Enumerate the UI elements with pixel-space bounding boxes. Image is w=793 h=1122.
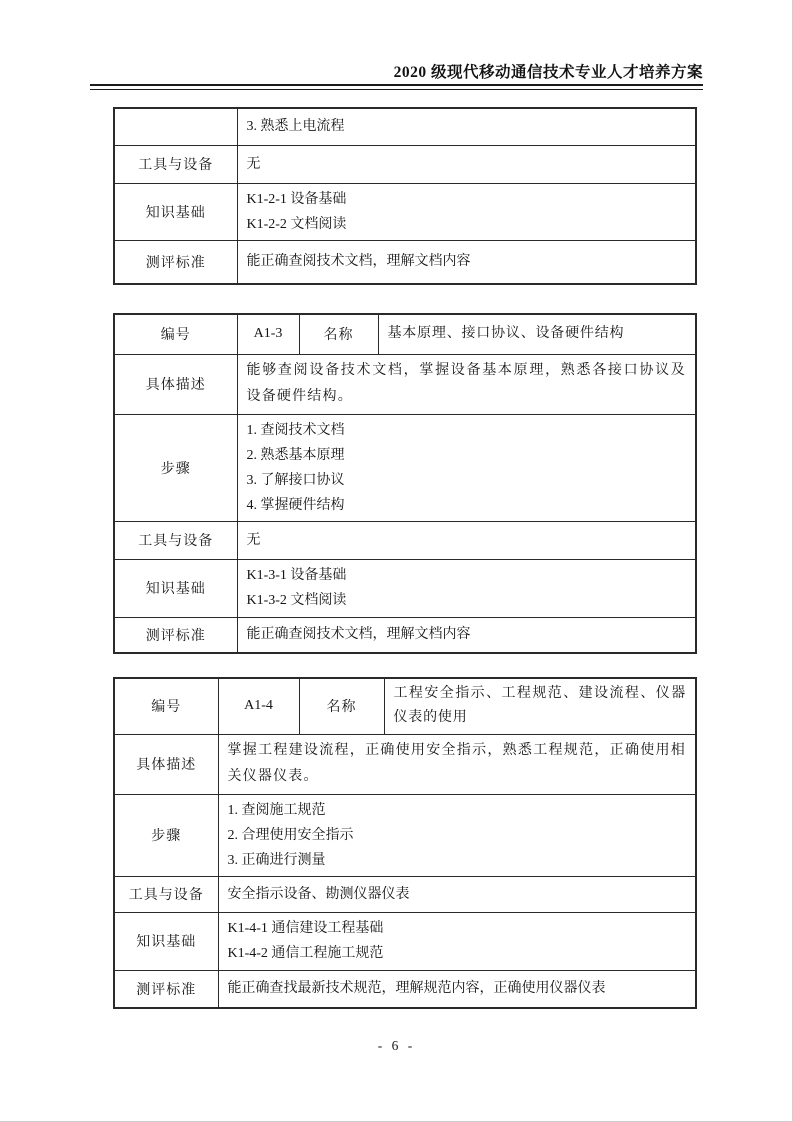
content-line: 1. 查阅施工规范 [228,798,687,823]
field-value-name: 基本原理、接口协议、设备硬件结构 [378,314,696,354]
table-row: 步骤 1. 查阅技术文档 2. 熟悉基本原理 3. 了解接口协议 4. 掌握硬件… [114,414,696,521]
content-paragraph: 能够查阅设备技术文档，掌握设备基本原理，熟悉各接口协议及设备硬件结构。 [247,358,687,410]
row-label-cell: 工具与设备 [114,145,237,183]
field-label-no: 编号 [114,314,237,354]
row-label-cell: 测评标准 [114,970,218,1008]
page-footer-number: - 6 - [0,1038,793,1054]
table-row: 具体描述 能够查阅设备技术文档，掌握设备基本原理，熟悉各接口协议及设备硬件结构。 [114,354,696,414]
content-line: K1-2-2 文档阅读 [247,212,687,237]
row-content-cell: 能正确查阅技术文档，理解文档内容 [237,240,696,284]
task-name-text: 基本原理、接口协议、设备硬件结构 [388,322,687,346]
table-header-row: 编号 A1-3 名称 基本原理、接口协议、设备硬件结构 [114,314,696,354]
task-table-a1-2-continued: 3. 熟悉上电流程 工具与设备 无 知识基础 K1-2-1 设备基础 K1-2-… [113,107,697,285]
table-row: 测评标准 能正确查阅技术文档，理解文档内容 [114,617,696,653]
row-label-cell: 工具与设备 [114,521,237,559]
content-line: 3. 熟悉上电流程 [247,114,687,139]
row-label-cell: 工具与设备 [114,876,218,912]
row-label-cell: 知识基础 [114,912,218,970]
field-value-no: A1-4 [218,678,299,734]
document-page: 2020 级现代移动通信技术专业人才培养方案 3. 熟悉上电流程 工具与设备 无… [0,0,793,1122]
row-content-cell: 无 [237,145,696,183]
row-label-cell: 测评标准 [114,617,237,653]
table-row: 测评标准 能正确查找最新技术规范，理解规范内容，正确使用仪器仪表 [114,970,696,1008]
row-label-cell: 步骤 [114,414,237,521]
row-content-cell: 3. 熟悉上电流程 [237,108,696,145]
row-content-cell: K1-4-1 通信建设工程基础 K1-4-2 通信工程施工规范 [218,912,696,970]
row-content-cell: 1. 查阅技术文档 2. 熟悉基本原理 3. 了解接口协议 4. 掌握硬件结构 [237,414,696,521]
row-label-cell: 测评标准 [114,240,237,284]
row-content-cell: K1-2-1 设备基础 K1-2-2 文档阅读 [237,183,696,240]
content-line: 能正确查阅技术文档，理解文档内容 [247,622,687,647]
content-line: 能正确查找最新技术规范，理解规范内容，正确使用仪器仪表 [228,976,687,1001]
row-content-cell: 能正确查阅技术文档，理解文档内容 [237,617,696,653]
field-label-name: 名称 [299,678,384,734]
content-paragraph: 掌握工程建设流程，正确使用安全指示，熟悉工程规范，正确使用相关仪器仪表。 [228,738,687,790]
content-line: K1-4-2 通信工程施工规范 [228,941,687,966]
header-double-rule [90,84,703,90]
task-table-a1-3: 编号 A1-3 名称 基本原理、接口协议、设备硬件结构 具体描述 能够查阅设备技… [113,313,697,654]
content-line: 无 [247,152,687,177]
row-label-cell: 具体描述 [114,354,237,414]
row-label-cell: 知识基础 [114,559,237,617]
row-content-cell: 掌握工程建设流程，正确使用安全指示，熟悉工程规范，正确使用相关仪器仪表。 [218,734,696,794]
table-row: 测评标准 能正确查阅技术文档，理解文档内容 [114,240,696,284]
row-content-cell: K1-3-1 设备基础 K1-3-2 文档阅读 [237,559,696,617]
table-row: 知识基础 K1-3-1 设备基础 K1-3-2 文档阅读 [114,559,696,617]
row-content-cell: 能正确查找最新技术规范，理解规范内容，正确使用仪器仪表 [218,970,696,1008]
row-label-cell: 步骤 [114,794,218,876]
content-line: K1-4-1 通信建设工程基础 [228,916,687,941]
row-label-cell: 具体描述 [114,734,218,794]
content-line: 无 [247,528,687,553]
content-line: 安全指示设备、勘测仪器仪表 [228,882,687,907]
table-row: 知识基础 K1-2-1 设备基础 K1-2-2 文档阅读 [114,183,696,240]
content-line: 2. 熟悉基本原理 [247,443,687,468]
field-value-name: 工程安全指示、工程规范、建设流程、仪器仪表的使用 [384,678,696,734]
table-row: 工具与设备 无 [114,145,696,183]
row-label-cell: 知识基础 [114,183,237,240]
content-line: 3. 了解接口协议 [247,468,687,493]
content-line: 能正确查阅技术文档，理解文档内容 [247,249,687,274]
content-line: K1-3-2 文档阅读 [247,588,687,613]
row-label-cell [114,108,237,145]
content-line: K1-2-1 设备基础 [247,187,687,212]
field-value-no: A1-3 [237,314,299,354]
page-header-title: 2020 级现代移动通信技术专业人才培养方案 [90,60,703,82]
field-label-name: 名称 [299,314,378,354]
row-content-cell: 安全指示设备、勘测仪器仪表 [218,876,696,912]
row-content-cell: 无 [237,521,696,559]
table-header-row: 编号 A1-4 名称 工程安全指示、工程规范、建设流程、仪器仪表的使用 [114,678,696,734]
row-content-cell: 能够查阅设备技术文档，掌握设备基本原理，熟悉各接口协议及设备硬件结构。 [237,354,696,414]
table-row: 知识基础 K1-4-1 通信建设工程基础 K1-4-2 通信工程施工规范 [114,912,696,970]
content-line: 4. 掌握硬件结构 [247,493,687,518]
content-line: 1. 查阅技术文档 [247,418,687,443]
table-row: 3. 熟悉上电流程 [114,108,696,145]
table-row: 步骤 1. 查阅施工规范 2. 合理使用安全指示 3. 正确进行测量 [114,794,696,876]
table-row: 工具与设备 无 [114,521,696,559]
content-line: K1-3-1 设备基础 [247,563,687,588]
table-row: 工具与设备 安全指示设备、勘测仪器仪表 [114,876,696,912]
content-line: 3. 正确进行测量 [228,848,687,873]
task-name-text: 工程安全指示、工程规范、建设流程、仪器仪表的使用 [394,682,687,730]
field-label-no: 编号 [114,678,218,734]
row-content-cell: 1. 查阅施工规范 2. 合理使用安全指示 3. 正确进行测量 [218,794,696,876]
table-row: 具体描述 掌握工程建设流程，正确使用安全指示，熟悉工程规范，正确使用相关仪器仪表… [114,734,696,794]
content-line: 2. 合理使用安全指示 [228,823,687,848]
task-table-a1-4: 编号 A1-4 名称 工程安全指示、工程规范、建设流程、仪器仪表的使用 具体描述… [113,677,697,1009]
